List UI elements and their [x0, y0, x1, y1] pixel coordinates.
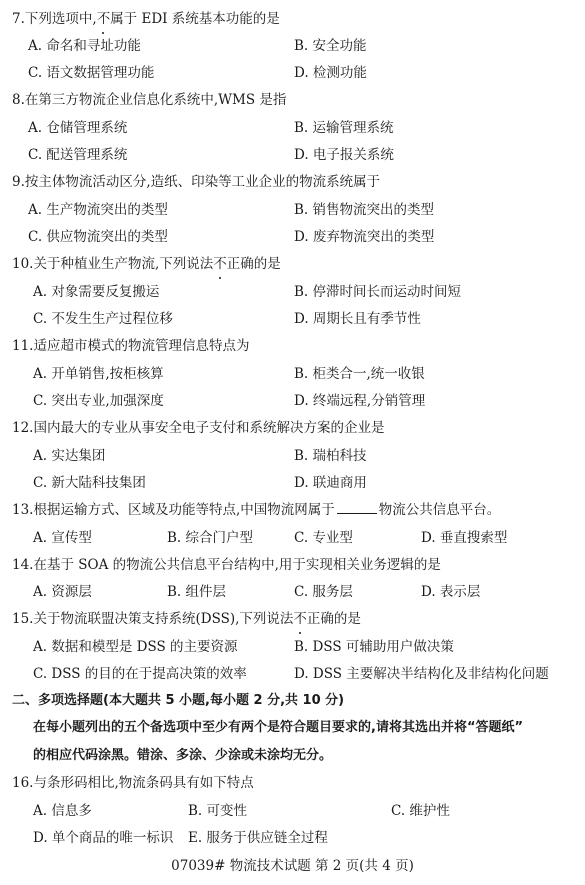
- question-number: 13.: [12, 502, 33, 518]
- stem-text: 在第三方物流企业信息化系统中,WMS 是指: [25, 92, 287, 108]
- option-b: B. 安全功能: [294, 34, 367, 58]
- option-b: B. DSS 可辅助用户做决策: [294, 635, 454, 659]
- option-c: C. 突出专业,加强深度: [33, 389, 164, 413]
- question-7-stem: 7.下列选项中,不属于 EDI 系统基本功能的是: [12, 7, 280, 31]
- question-10-stem: 10.关于种植业生产物流,下列说法不正确的是: [12, 252, 281, 276]
- option-b: B. 可变性: [188, 799, 247, 823]
- option-d: D. 废弃物流突出的类型: [294, 225, 434, 249]
- question-15-stem: 15.关于物流联盟决策支持系统(DSS),下列说法不正确的是: [12, 607, 361, 631]
- option-d: D. 单个商品的唯一标识: [33, 826, 173, 850]
- question-12-stem: 12.国内最大的专业从事安全电子支付和系统解决方案的企业是: [12, 416, 384, 440]
- question-number: 12.: [12, 420, 33, 436]
- question-number: 14.: [12, 557, 33, 573]
- stem-text: 下列选项中,: [25, 11, 97, 27]
- section-heading: 二、多项选择题(本大题共 5 小题,每小题 2 分,共 10 分): [12, 689, 344, 713]
- option-a: A. 仓储管理系统: [28, 116, 127, 140]
- section-instruction: 在每小题列出的五个备选项中至少有两个是符合题目要求的,请将其选出并将“答题纸”: [33, 716, 523, 740]
- option-d: D. 终端远程,分销管理: [294, 389, 425, 413]
- stem-text: 属于 EDI 系统基本功能的是: [110, 11, 280, 27]
- question-number: 7.: [12, 11, 25, 27]
- stem-text: 在基于 SOA 的物流公共信息平台结构中,用于实现相关业务逻辑的是: [33, 557, 440, 573]
- section-instruction: 的相应代码涂黑。错涂、多涂、少涂或未涂均无分。: [33, 744, 332, 768]
- emphasis-mark: 不: [293, 607, 307, 631]
- question-number: 8.: [12, 92, 25, 108]
- option-a: A. 信息多: [33, 799, 92, 823]
- question-number: 16.: [12, 775, 33, 791]
- stem-text: 关于物流联盟决策支持系统(DSS),下列说法: [33, 611, 293, 627]
- option-c: C. 不发生生产过程位移: [33, 307, 173, 331]
- page-footer: 07039# 物流技术试题 第 2 页(共 4 页): [0, 854, 585, 878]
- option-d: D. DSS 主要解决半结构化及非结构化问题: [294, 662, 549, 686]
- question-9-stem: 9.按主体物流活动区分,造纸、印染等工业企业的物流系统属于: [12, 170, 380, 194]
- question-14-stem: 14.在基于 SOA 的物流公共信息平台结构中,用于实现相关业务逻辑的是: [12, 553, 441, 577]
- option-c: C. DSS 的目的在于提高决策的效率: [33, 662, 247, 686]
- question-number: 15.: [12, 611, 33, 627]
- option-c: C. 语文数据管理功能: [28, 61, 154, 85]
- option-d: D. 检测功能: [294, 61, 367, 85]
- option-c: C. 供应物流突出的类型: [28, 225, 168, 249]
- option-d: D. 垂直搜索型: [421, 526, 507, 550]
- question-11-stem: 11.适应超市模式的物流管理信息特点为: [12, 334, 249, 358]
- option-b: B. 瑞柏科技: [294, 444, 367, 468]
- stem-text: 与条形码相比,物流条码具有如下特点: [33, 775, 253, 791]
- option-d: D. 周期长且有季节性: [294, 307, 421, 331]
- emphasis-mark: 不: [213, 252, 227, 276]
- stem-text: 关于种植业生产物流,下列说法: [33, 256, 213, 272]
- question-16-stem: 16.与条形码相比,物流条码具有如下特点: [12, 771, 254, 795]
- stem-text: 正确的是: [227, 256, 281, 272]
- question-number: 9.: [12, 174, 25, 190]
- option-c: C. 专业型: [294, 526, 353, 550]
- option-b: B. 停滞时间长而运动时间短: [294, 280, 461, 304]
- option-a: A. 开单销售,按柜核算: [33, 362, 164, 386]
- answer-blank: [337, 499, 377, 514]
- option-c: C. 配送管理系统: [28, 143, 127, 167]
- stem-text: 按主体物流活动区分,造纸、印染等工业企业的物流系统属于: [25, 174, 380, 190]
- option-a: A. 实达集团: [33, 444, 105, 468]
- option-a: A. 命名和寻址功能: [28, 34, 141, 58]
- option-b: B. 综合门户型: [167, 526, 253, 550]
- option-d: D. 联迪商用: [294, 471, 367, 495]
- option-e: E. 服务于供应链全过程: [188, 826, 328, 850]
- stem-text: 物流公共信息平台。: [379, 502, 501, 518]
- stem-text: 国内最大的专业从事安全电子支付和系统解决方案的企业是: [33, 420, 384, 436]
- option-c: C. 新大陆科技集团: [33, 471, 146, 495]
- option-b: B. 组件层: [167, 580, 226, 604]
- stem-text: 根据运输方式、区域及功能等特点,中国物流网属于: [33, 502, 334, 518]
- option-a: A. 生产物流突出的类型: [28, 198, 168, 222]
- stem-text: 正确的是: [307, 611, 361, 627]
- question-13-stem: 13.根据运输方式、区域及功能等特点,中国物流网属于物流公共信息平台。: [12, 498, 500, 522]
- question-number: 10.: [12, 256, 33, 272]
- stem-text: 适应超市模式的物流管理信息特点为: [33, 338, 249, 354]
- option-a: A. 数据和模型是 DSS 的主要资源: [33, 635, 238, 659]
- option-c: C. 维护性: [391, 799, 450, 823]
- option-a: A. 宣传型: [33, 526, 92, 550]
- option-b: B. 销售物流突出的类型: [294, 198, 434, 222]
- option-a: A. 资源层: [33, 580, 92, 604]
- option-b: B. 柜类合一,统一收银: [294, 362, 425, 386]
- question-8-stem: 8.在第三方物流企业信息化系统中,WMS 是指: [12, 88, 286, 112]
- emphasis-mark: 不: [97, 7, 111, 31]
- option-c: C. 服务层: [294, 580, 353, 604]
- option-d: D. 表示层: [421, 580, 480, 604]
- option-a: A. 对象需要反复搬运: [33, 280, 159, 304]
- option-b: B. 运输管理系统: [294, 116, 394, 140]
- question-number: 11.: [12, 338, 33, 354]
- option-d: D. 电子报关系统: [294, 143, 394, 167]
